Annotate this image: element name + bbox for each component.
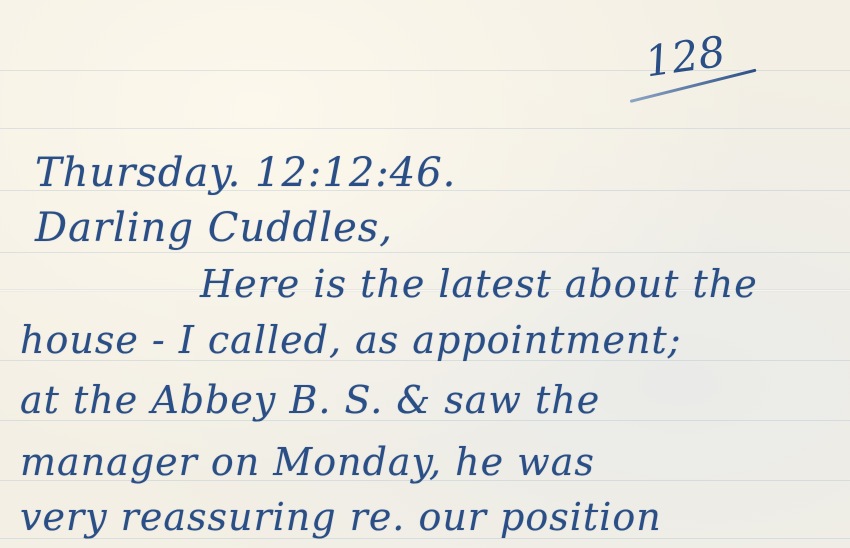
- letter-body-line: manager on Monday, he was: [20, 440, 595, 484]
- letter-page: 128 Thursday. 12:12:46. Darling Cuddles,…: [0, 0, 850, 548]
- ruled-line: [0, 252, 850, 253]
- letter-body-line: Here is the latest about the: [200, 262, 758, 306]
- ruled-line: [0, 128, 850, 129]
- letter-body-line: very reassuring re. our position: [20, 495, 662, 539]
- page-number: 128: [642, 27, 728, 87]
- letter-body-line: at the Abbey B. S. & saw the: [20, 378, 600, 422]
- letter-salutation: Darling Cuddles,: [35, 205, 393, 251]
- letter-body-line: house - I called, as appointment;: [20, 318, 682, 362]
- letter-date: Thursday. 12:12:46.: [35, 150, 456, 196]
